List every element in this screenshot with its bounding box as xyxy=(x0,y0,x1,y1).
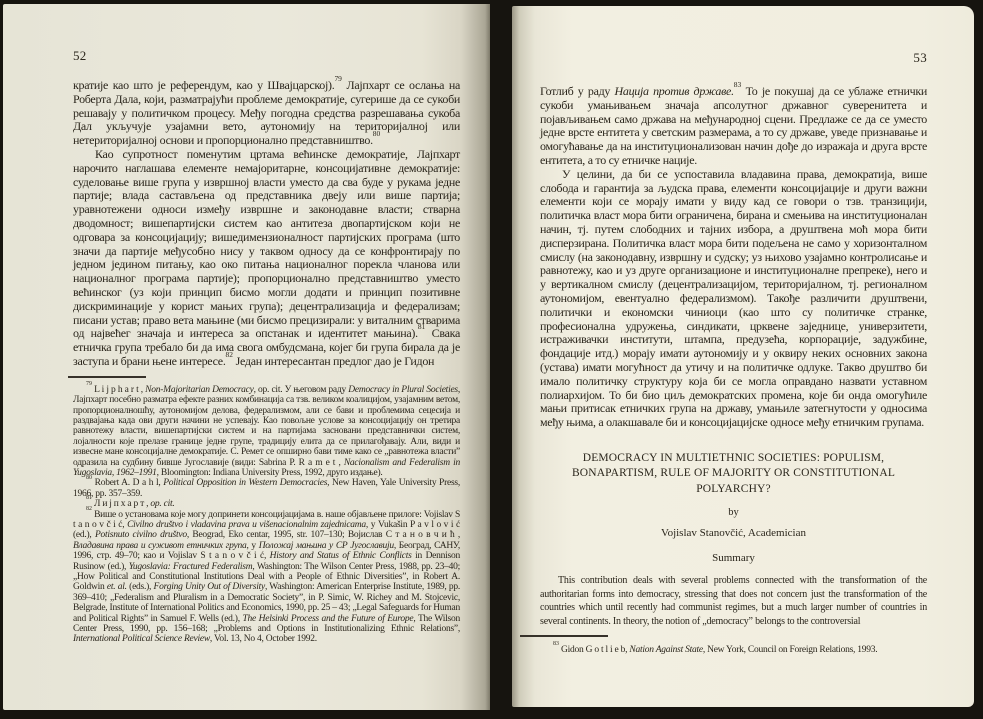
byline: by xyxy=(540,506,927,519)
paragraph: кратије као што је референдум, као у Шва… xyxy=(73,79,460,148)
left-page: 52 кратије као што је референдум, као у … xyxy=(3,4,490,710)
left-page-footnotes: 79 L i j p h a r t , Non-Majoritarian De… xyxy=(73,385,460,645)
section-heading-line: POLYARCHY? xyxy=(540,482,927,498)
paragraph: У целини, да би се успоставила владавина… xyxy=(540,168,927,430)
footnote-separator xyxy=(68,376,146,378)
right-page-body: Готлиб у раду Нација против државе.83 То… xyxy=(540,85,927,628)
paragraph: Готлиб у раду Нација против државе.83 То… xyxy=(540,85,927,168)
summary-paragraph: This contribution deals with several pro… xyxy=(540,574,927,628)
right-page: 53 Готлиб у раду Нација против државе.83… xyxy=(512,6,974,707)
footnote: 80 Robert A. D a h l, Political Oppositi… xyxy=(73,478,460,499)
paragraph: Као супротност поменутим цртама већинске… xyxy=(73,148,460,369)
footnote: 81 Л и ј п х а р т , op. cit. xyxy=(73,499,460,509)
author-line: Vojislav Stanovčić, Academician xyxy=(540,526,927,540)
footnote: 79 L i j p h a r t , Non-Majoritarian De… xyxy=(73,385,460,479)
page-number: 52 xyxy=(73,48,460,63)
left-page-body: кратије као што је референдум, као у Шва… xyxy=(73,79,460,369)
footnote: 83 Gidon G o t l i e b, Nation Against S… xyxy=(540,645,927,655)
right-page-text-column: 53 Готлиб у раду Нација против државе.83… xyxy=(540,50,927,655)
section-heading-line: DEMOCRACY IN MULTIETHNIC SOCIETIES: POPU… xyxy=(540,451,927,467)
left-page-text-column: 52 кратије као што је референдум, као у … xyxy=(73,48,460,645)
footnote: 82 Више о установама које могу допринети… xyxy=(73,510,460,645)
right-page-footnotes: 83 Gidon G o t l i e b, Nation Against S… xyxy=(540,645,927,655)
footnote-separator xyxy=(520,635,608,637)
summary-heading: Summary xyxy=(540,551,927,565)
page-number: 53 xyxy=(540,50,927,65)
section-heading-line: BONAPARTISM, RULE OF MAJORITY OR CONSTIT… xyxy=(540,466,927,482)
scanned-book-spread: { "left_page": { "page_number": "52", "b… xyxy=(0,0,983,719)
